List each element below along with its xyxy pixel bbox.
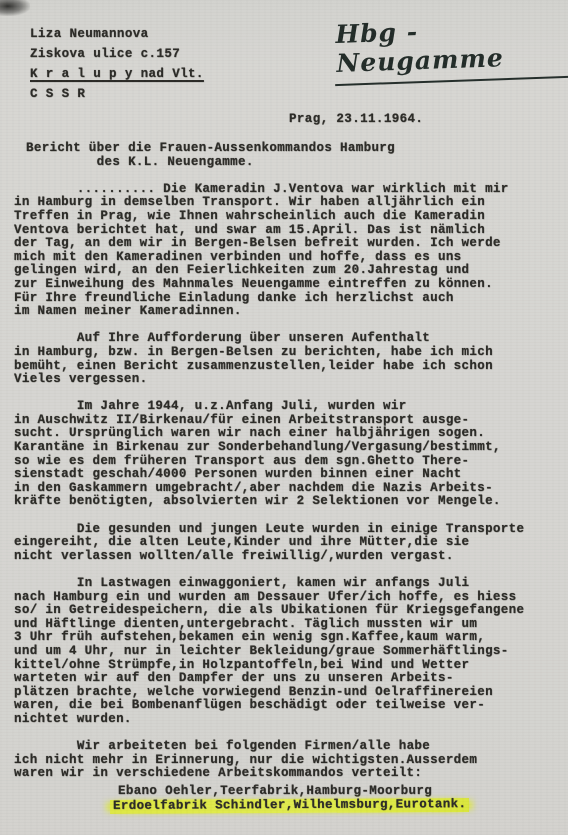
handwritten-annotation: Hbg - Neugamme xyxy=(333,12,568,86)
sender-name: Liza Neumannova xyxy=(30,24,204,44)
scanned-letter-page: Liza Neumannova Ziskova ulice c.157 K r … xyxy=(0,0,568,835)
paragraph-3: Im Jahre 1944, u.z.Anfang Juli, wurden w… xyxy=(14,400,562,509)
scan-artifact-blob xyxy=(0,0,30,16)
handwritten-annotation-text: Hbg - Neugamme xyxy=(333,12,568,86)
sender-country: C S S R xyxy=(30,84,204,104)
company-line-1: Ebano Oehler,Teerfabrik,Hamburg-Moorburg xyxy=(118,785,562,799)
letter-body: Bericht über die Frauen-Aussenkommandos … xyxy=(14,142,562,813)
company-list: Ebano Oehler,Teerfabrik,Hamburg-Moorburg… xyxy=(14,785,562,813)
highlighted-company: Erdoelfabrik Schindler,Wilhelmsburg,Euro… xyxy=(110,798,469,813)
dateline: Prag, 23.11.1964. xyxy=(289,112,423,126)
subject-line: Bericht über die Frauen-Aussenkommandos … xyxy=(26,142,562,169)
paragraph-1: .......... Die Kameradin J.Ventova war w… xyxy=(14,183,562,319)
company-line-2: Erdoelfabrik Schindler,Wilhelmsburg,Euro… xyxy=(110,799,562,813)
paragraph-2: Auf Ihre Aufforderung über unseren Aufen… xyxy=(14,332,562,386)
sender-city: K r a l u p y nad Vlt. xyxy=(30,64,204,84)
paragraph-6: Wir arbeiteten bei folgenden Firmen/alle… xyxy=(14,740,562,781)
sender-street: Ziskova ulice c.157 xyxy=(30,44,204,64)
paragraph-5: In Lastwagen einwaggoniert, kamen wir an… xyxy=(14,577,562,727)
sender-address-block: Liza Neumannova Ziskova ulice c.157 K r … xyxy=(30,24,204,104)
paragraph-4: Die gesunden und jungen Leute wurden in … xyxy=(14,523,562,564)
